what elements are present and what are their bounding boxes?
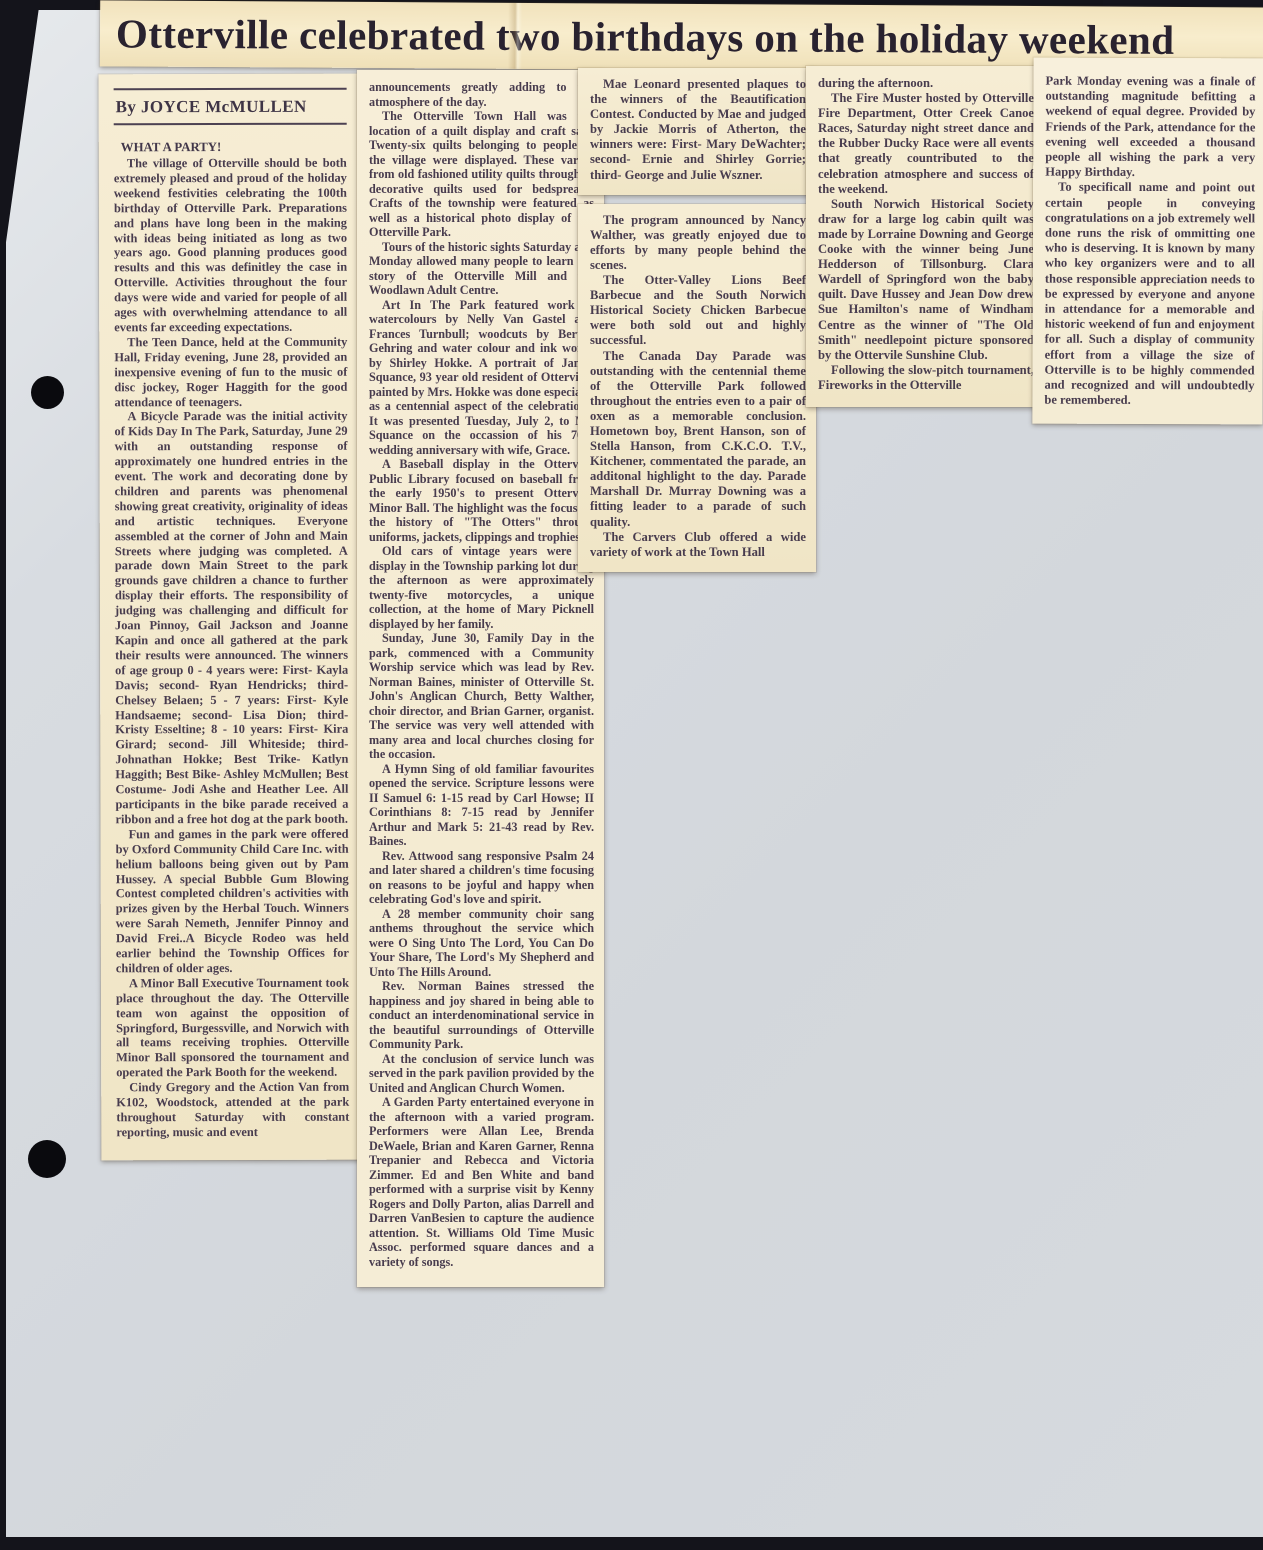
article-paragraph: A Hymn Sing of old familiar favourites o… xyxy=(369,762,594,849)
lead-line: WHAT A PARTY! xyxy=(114,140,347,156)
article-paragraph: South Norwich Historical Society draw fo… xyxy=(818,197,1034,363)
hole-punch xyxy=(28,1140,66,1178)
article-paragraph: Old cars of vintage years were on displa… xyxy=(369,544,594,631)
column-2-text: announcements greatly adding to the atmo… xyxy=(369,80,594,1269)
article-paragraph: The Teen Dance, held at the Community Ha… xyxy=(114,335,347,410)
article-paragraph: Following the slow-pitch tournament, Fir… xyxy=(818,363,1034,393)
byline-block: By JOYCE McMULLEN xyxy=(114,88,347,126)
column-3-clippings: Mae Leonard presented plaques to the win… xyxy=(578,68,816,572)
article-paragraph: The program announced by Nancy Walther, … xyxy=(590,213,806,273)
column-3-bottom-clipping: The program announced by Nancy Walther, … xyxy=(578,204,816,572)
article-paragraph: Tours of the historic sights Saturday an… xyxy=(369,240,594,298)
article-paragraph: The Otterville Town Hall was the locatio… xyxy=(369,109,594,240)
article-paragraph: A Baseball display in the Otterville Pub… xyxy=(369,457,594,544)
byline: By JOYCE McMULLEN xyxy=(116,97,345,118)
article-paragraph: A 28 member community choir sang anthems… xyxy=(369,907,594,980)
article-paragraph: Rev. Norman Baines stressed the happines… xyxy=(369,979,594,1052)
article-headline: Otterville celebrated two birthdays on t… xyxy=(116,9,1175,63)
article-paragraph: The Fire Muster hosted by Otterville Fir… xyxy=(818,91,1034,197)
article-paragraph: To specificall name and point out certai… xyxy=(1044,180,1255,409)
article-paragraph: announcements greatly adding to the atmo… xyxy=(369,80,594,109)
article-paragraph: The Canada Day Parade was outstanding wi… xyxy=(590,349,806,530)
column-5-text: Park Monday evening was a finale of outs… xyxy=(1044,74,1255,409)
article-paragraph: Sunday, June 30, Family Day in the park,… xyxy=(369,631,594,762)
article-paragraph: Rev. Attwood sang responsive Psalm 24 an… xyxy=(369,849,594,907)
article-paragraph: A Minor Ball Executive Tournament took p… xyxy=(116,976,349,1081)
column-1-text: The village of Otterville should be both… xyxy=(114,156,350,1140)
article-paragraph: Fun and games in the park were offered b… xyxy=(116,826,349,976)
article-paragraph: The village of Otterville should be both… xyxy=(114,156,347,335)
article-paragraph: The Otter-Valley Lions Beef Barbecue and… xyxy=(590,273,806,348)
article-paragraph: At the conclusion of service lunch was s… xyxy=(369,1052,594,1096)
column-3-bottom-text: The program announced by Nancy Walther, … xyxy=(590,213,806,560)
article-paragraph: Mae Leonard presented plaques to the win… xyxy=(590,77,806,183)
column-4-text: during the afternoon.The Fire Muster hos… xyxy=(818,76,1034,393)
fold-crease xyxy=(508,3,522,69)
article-paragraph: during the afternoon. xyxy=(818,76,1034,91)
column-5-clipping: Park Monday evening was a finale of outs… xyxy=(1032,58,1263,425)
article-paragraph: The Carvers Club offered a wide variety … xyxy=(590,530,806,560)
hole-punch xyxy=(31,376,64,409)
column-1-clipping: By JOYCE McMULLEN WHAT A PARTY! The vill… xyxy=(99,74,363,1160)
article-paragraph: Park Monday evening was a finale of outs… xyxy=(1045,74,1255,181)
column-4-clipping: during the afternoon.The Fire Muster hos… xyxy=(806,66,1046,407)
column-3-top-clipping: Mae Leonard presented plaques to the win… xyxy=(578,68,816,195)
article-paragraph: Art In The Park featured work in waterco… xyxy=(369,298,594,458)
column-3-top-text: Mae Leonard presented plaques to the win… xyxy=(590,77,806,183)
column-2-clipping: announcements greatly adding to the atmo… xyxy=(357,70,604,1287)
article-paragraph: Cindy Gregory and the Action Van from K1… xyxy=(116,1080,349,1140)
scrapbook-scan: Otterville celebrated two birthdays on t… xyxy=(0,0,1263,1550)
article-paragraph: A Garden Party entertained everyone in t… xyxy=(369,1095,594,1269)
article-paragraph: A Bicycle Parade was the initial activit… xyxy=(114,409,348,827)
